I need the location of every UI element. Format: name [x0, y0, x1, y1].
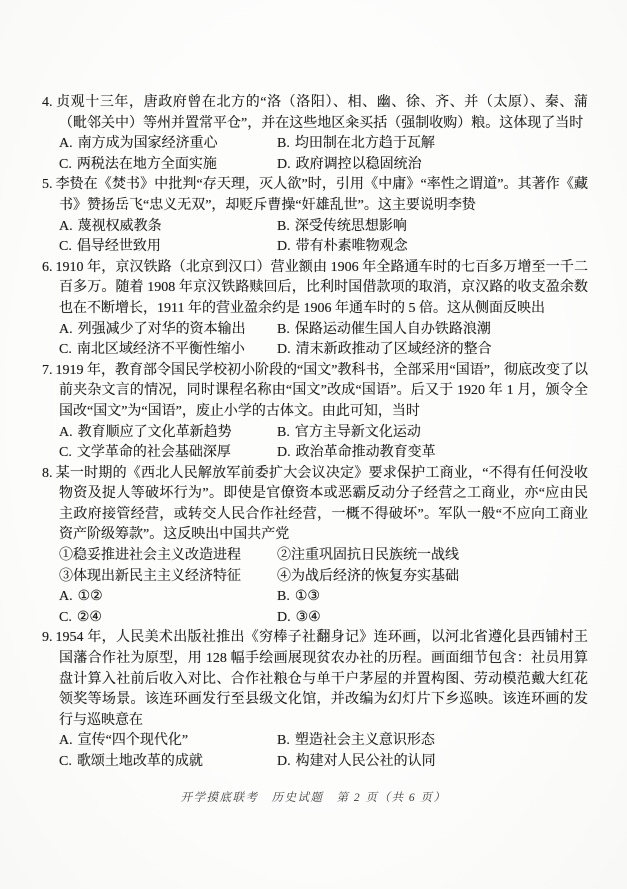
- option-text: 政治革命推动教育变革: [296, 445, 436, 460]
- exam-paper-page: 4.贞观十三年，唐政府曾在北方的“洛（洛阳）、相、幽、徐、齐、并（太原）、秦、蒲…: [0, 0, 627, 889]
- options-grid: A.宣传“四个现代化” B.塑造社会主义意识形态 C.歌颂土地改革的成就 D.构…: [42, 731, 588, 772]
- option-label: A.: [59, 733, 73, 748]
- statement-item-3: ③体现出新民主主义经济特征: [59, 567, 277, 588]
- footer-exam-name: 开学摸底联考: [181, 792, 259, 804]
- question-8: 8.某一时期的《西北人民解放军前委扩大会议决定》要求保护工商业，“不得有任何没收…: [42, 464, 588, 629]
- question-stem: 7.1919 年，教育部令国民学校初小阶段的“国文”教科书，全部采用“国语”，彻…: [42, 361, 588, 423]
- options-grid: A.列强减少了对华的资本输出 B.保路运动催生国人自办铁路浪潮 C.南北区域经济…: [42, 320, 588, 361]
- option-label: C.: [59, 754, 72, 769]
- option-text: 宣传“四个现代化”: [78, 733, 188, 748]
- option-label: A.: [59, 425, 73, 440]
- question-text: 某一时期的《西北人民解放军前委扩大会议决定》要求保护工商业，“不得有任何没收物资…: [56, 466, 589, 543]
- option-text: 均田制在北方趋于瓦解: [295, 136, 435, 151]
- option-text: 塑造社会主义意识形态: [295, 733, 435, 748]
- option-label: C.: [59, 342, 72, 357]
- option-a: A.列强减少了对华的资本输出: [59, 320, 277, 341]
- question-number: 4.: [42, 95, 53, 110]
- option-text: 两税法在地方全面实施: [77, 157, 217, 172]
- option-label: C.: [59, 610, 72, 625]
- option-b: B.塑造社会主义意识形态: [277, 731, 588, 752]
- option-label: A.: [59, 589, 73, 604]
- option-a: A.宣传“四个现代化”: [59, 731, 277, 752]
- option-c: C.两税法在地方全面实施: [59, 155, 277, 176]
- option-label: D.: [277, 157, 291, 172]
- option-d: D.③④: [277, 608, 588, 629]
- option-label: D.: [277, 239, 291, 254]
- option-label: D.: [277, 342, 291, 357]
- option-b: B.①③: [277, 587, 588, 608]
- question-5: 5.李贽在《焚书》中批判“存天理，灭人欲”时，引用《中庸》“率性之谓道”。其著作…: [42, 175, 588, 257]
- option-d: D.带有朴素唯物观念: [277, 237, 588, 258]
- option-text: ②④: [77, 610, 102, 625]
- options-grid: A.南方成为国家经济重心 B.均田制在北方趋于瓦解 C.两税法在地方全面实施 D…: [42, 134, 588, 175]
- option-text: 倡导经世致用: [77, 239, 161, 254]
- option-text: 蔑视权威教条: [78, 219, 162, 234]
- option-label: C.: [59, 157, 72, 172]
- option-label: B.: [277, 589, 290, 604]
- page-footer: 开学摸底联考历史试题第 2 页（共 6 页）: [0, 789, 627, 805]
- option-label: B.: [277, 322, 290, 337]
- option-label: C.: [59, 239, 72, 254]
- question-stem: 8.某一时期的《西北人民解放军前委扩大会议决定》要求保护工商业，“不得有任何没收…: [42, 464, 588, 546]
- options-grid: A.①② B.①③ C.②④ D.③④: [42, 587, 588, 628]
- question-text: 1919 年，教育部令国民学校初小阶段的“国文”教科书，全部采用“国语”，彻底改…: [56, 363, 589, 419]
- option-b: B.保路运动催生国人自办铁路浪潮: [277, 320, 588, 341]
- question-number: 6.: [42, 260, 53, 275]
- option-label: D.: [277, 754, 291, 769]
- option-text: 南北区域经济不平衡性缩小: [77, 342, 245, 357]
- option-label: A.: [59, 322, 73, 337]
- footer-subject: 历史试题: [272, 792, 324, 804]
- option-text: ①③: [295, 589, 320, 604]
- question-text: 李贽在《焚书》中批判“存天理，灭人欲”时，引用《中庸》“率性之谓道”。其著作《藏…: [56, 177, 589, 213]
- option-a: A.蔑视权威教条: [59, 217, 277, 238]
- option-c: C.文学革命的社会基础深厚: [59, 443, 277, 464]
- question-stem: 4.贞观十三年，唐政府曾在北方的“洛（洛阳）、相、幽、徐、齐、并（太原）、秦、蒲…: [42, 93, 588, 134]
- option-c: C.②④: [59, 608, 277, 629]
- option-a: A.南方成为国家经济重心: [59, 134, 277, 155]
- options-grid: A.蔑视权威教条 B.深受传统思想影响 C.倡导经世致用 D.带有朴素唯物观念: [42, 217, 588, 258]
- option-b: B.均田制在北方趋于瓦解: [277, 134, 588, 155]
- option-label: A.: [59, 219, 73, 234]
- question-number: 9.: [42, 630, 53, 645]
- option-d: D.构建对人民公社的认同: [277, 752, 588, 773]
- question-4: 4.贞观十三年，唐政府曾在北方的“洛（洛阳）、相、幽、徐、齐、并（太原）、秦、蒲…: [42, 93, 588, 175]
- option-text: 文学革命的社会基础深厚: [77, 445, 231, 460]
- option-label: B.: [277, 425, 290, 440]
- option-d: D.政府调控以稳固统治: [277, 155, 588, 176]
- question-number: 8.: [42, 466, 53, 481]
- statement-item-4: ④为战后经济的恢复夯实基础: [277, 567, 588, 588]
- option-text: ①②: [78, 589, 103, 604]
- question-number: 7.: [42, 363, 53, 378]
- option-label: A.: [59, 136, 73, 151]
- option-d: D.政治革命推动教育变革: [277, 443, 588, 464]
- questions-area: 4.贞观十三年，唐政府曾在北方的“洛（洛阳）、相、幽、徐、齐、并（太原）、秦、蒲…: [42, 93, 588, 773]
- option-text: 构建对人民公社的认同: [296, 754, 436, 769]
- statement-items-grid: ①稳妥推进社会主义改造进程 ②注重巩固抗日民族统一战线 ③体现出新民主主义经济特…: [42, 546, 588, 587]
- option-label: D.: [277, 445, 291, 460]
- question-stem: 5.李贽在《焚书》中批判“存天理，灭人欲”时，引用《中庸》“率性之谓道”。其著作…: [42, 175, 588, 216]
- statement-item-2: ②注重巩固抗日民族统一战线: [277, 546, 588, 567]
- option-d: D.清末新政推动了区域经济的整合: [277, 340, 588, 361]
- option-label: B.: [277, 219, 290, 234]
- options-grid: A.教育顺应了文化革新趋势 B.官方主导新文化运动 C.文学革命的社会基础深厚 …: [42, 423, 588, 464]
- question-6: 6.1910 年，京汉铁路（北京到汉口）营业额由 1906 年全路通车时的七百多…: [42, 258, 588, 361]
- option-c: C.歌颂土地改革的成就: [59, 752, 277, 773]
- option-a: A.教育顺应了文化革新趋势: [59, 423, 277, 444]
- option-b: B.深受传统思想影响: [277, 217, 588, 238]
- statement-item-1: ①稳妥推进社会主义改造进程: [59, 546, 277, 567]
- option-text: 带有朴素唯物观念: [296, 239, 408, 254]
- option-text: 教育顺应了文化革新趋势: [78, 425, 232, 440]
- option-text: 列强减少了对华的资本输出: [78, 322, 246, 337]
- option-text: 官方主导新文化运动: [295, 425, 421, 440]
- option-label: B.: [277, 733, 290, 748]
- option-b: B.官方主导新文化运动: [277, 423, 588, 444]
- option-c: C.南北区域经济不平衡性缩小: [59, 340, 277, 361]
- option-c: C.倡导经世致用: [59, 237, 277, 258]
- option-label: D.: [277, 610, 291, 625]
- option-text: 南方成为国家经济重心: [78, 136, 218, 151]
- question-text: 1954 年，人民美术出版社推出《穷棒子社翻身记》连环画，以河北省遵化县西铺村王…: [56, 630, 589, 727]
- question-7: 7.1919 年，教育部令国民学校初小阶段的“国文”教科书，全部采用“国语”，彻…: [42, 361, 588, 464]
- option-text: 政府调控以稳固统治: [296, 157, 422, 172]
- option-text: 深受传统思想影响: [295, 219, 407, 234]
- question-stem: 6.1910 年，京汉铁路（北京到汉口）营业额由 1906 年全路通车时的七百多…: [42, 258, 588, 320]
- option-text: 歌颂土地改革的成就: [77, 754, 203, 769]
- question-stem: 9.1954 年，人民美术出版社推出《穷棒子社翻身记》连环画，以河北省遵化县西铺…: [42, 628, 588, 731]
- option-text: 保路运动催生国人自办铁路浪潮: [295, 322, 491, 337]
- option-a: A.①②: [59, 587, 277, 608]
- option-text: ③④: [296, 610, 321, 625]
- question-number: 5.: [42, 177, 53, 192]
- question-text: 贞观十三年，唐政府曾在北方的“洛（洛阳）、相、幽、徐、齐、并（太原）、秦、蒲（毗…: [56, 95, 589, 131]
- question-9: 9.1954 年，人民美术出版社推出《穷棒子社翻身记》连环画，以河北省遵化县西铺…: [42, 628, 588, 772]
- footer-page-info: 第 2 页（共 6 页）: [337, 792, 447, 804]
- option-text: 清末新政推动了区域经济的整合: [296, 342, 492, 357]
- option-label: C.: [59, 445, 72, 460]
- question-text: 1910 年，京汉铁路（北京到汉口）营业额由 1906 年全路通车时的七百多万增…: [56, 260, 589, 316]
- option-label: B.: [277, 136, 290, 151]
